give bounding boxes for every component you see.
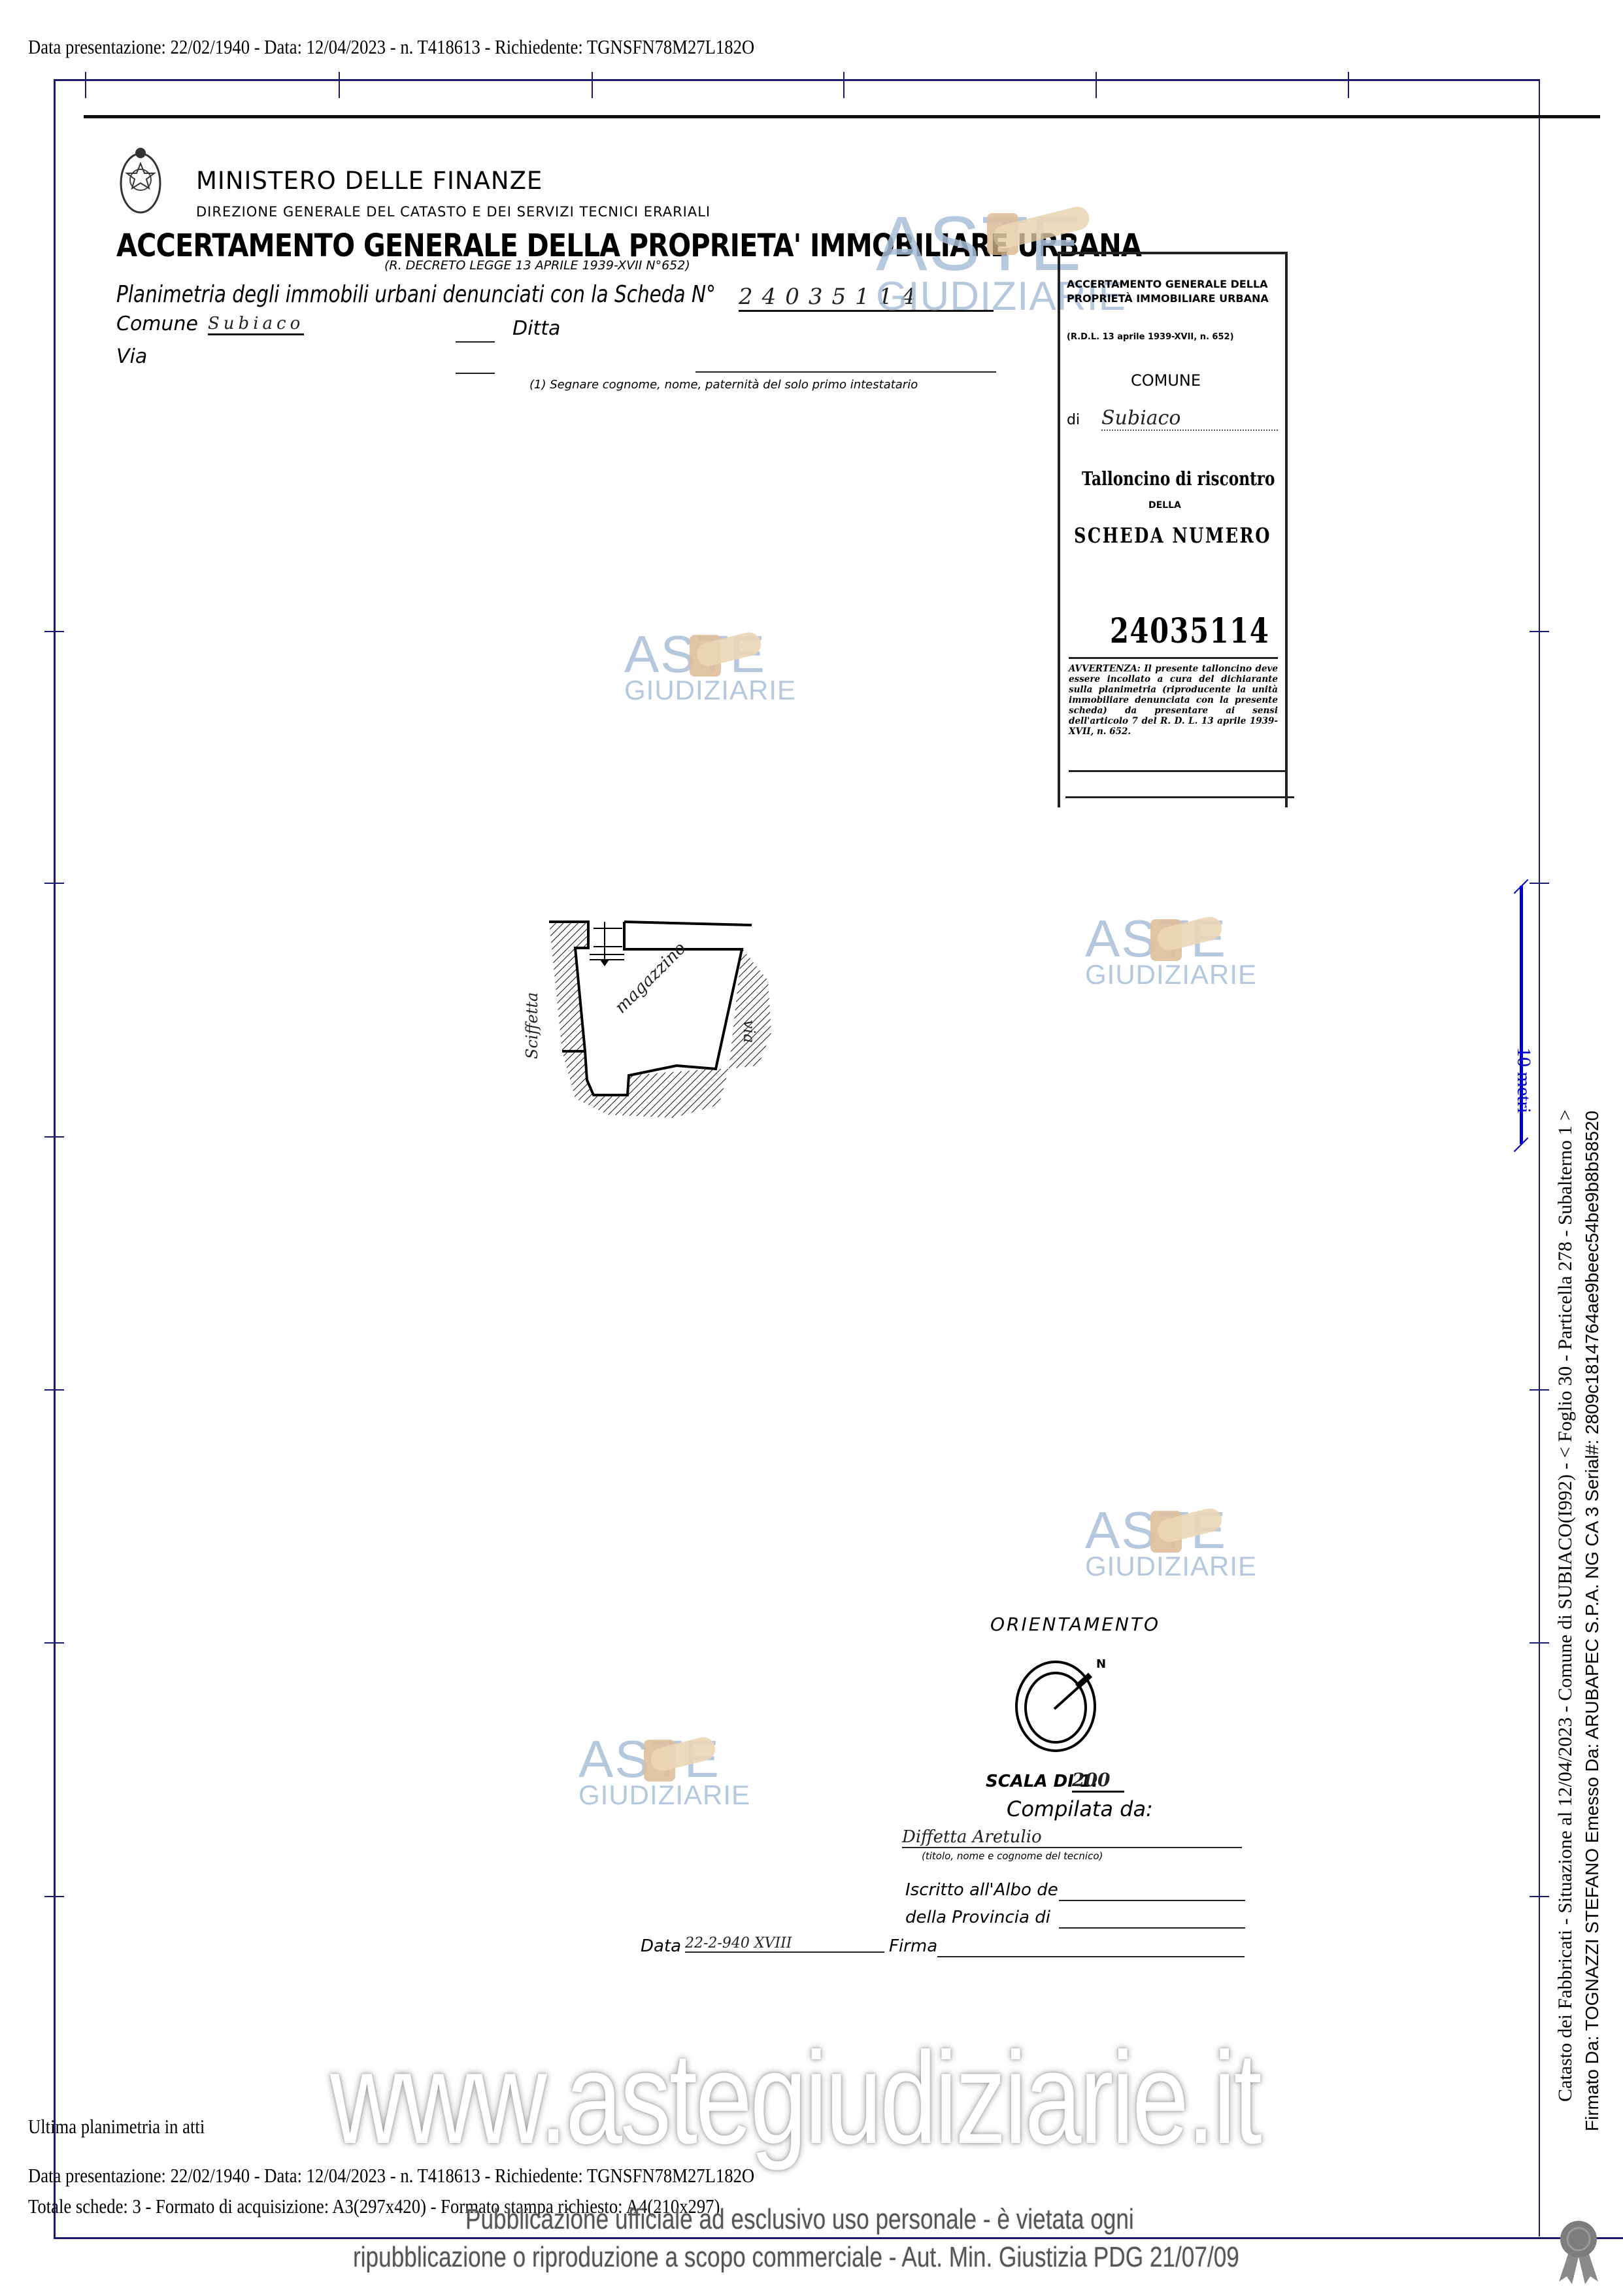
site-watermark: www.astegiudiziarie.it — [330, 2023, 1260, 2174]
frame-tick — [44, 883, 64, 884]
firma-line — [937, 1956, 1245, 1957]
scale-bar-label: 10 metri — [1513, 1047, 1535, 1113]
talloncino-della: DELLA — [1148, 500, 1181, 511]
firma-label: Firma — [889, 1936, 937, 1956]
via-label: Via — [116, 345, 147, 368]
frame-tick — [843, 72, 845, 98]
albo-label: Iscritto all'Albo de — [905, 1880, 1058, 1900]
ditta-label: Ditta — [512, 317, 560, 340]
frame-tick — [44, 1136, 64, 1138]
footer-data-line: Data presentazione: 22/02/1940 - Data: 1… — [28, 2164, 754, 2187]
orientation-label: ORIENTAMENTO — [990, 1613, 1160, 1635]
compilata-label: Compilata da: — [1007, 1797, 1153, 1821]
frame-tick — [44, 1389, 64, 1391]
field-line — [456, 373, 495, 374]
side-signature-info: Firmato Da: TOGNAZZI STEFANO Emesso Da: … — [1582, 1111, 1603, 2131]
talloncino-divider — [1069, 657, 1278, 659]
watermark-aste: ASTE GIUDIZIARIE — [1085, 915, 1257, 987]
frame-tick — [85, 72, 86, 98]
page-frame — [54, 79, 1539, 2239]
talloncino-di-label: di — [1067, 412, 1080, 428]
side-catasto-info: Catasto dei Fabbricati - Situazione al 1… — [1554, 1109, 1577, 2102]
top-header: Data presentazione: 22/02/1940 - Data: 1… — [28, 35, 754, 59]
scan-edge-line — [1065, 796, 1294, 798]
frame-tick — [1530, 1896, 1549, 1897]
frame-tick — [1530, 631, 1549, 632]
compiler-caption: (titolo, nome e cognome del tecnico) — [922, 1850, 1103, 1862]
scala-value: 200 — [1072, 1769, 1124, 1793]
ditta-line — [695, 371, 996, 373]
certification-seal-icon — [1552, 2216, 1605, 2288]
watermark-aste: ASTE GIUDIZIARIE — [624, 631, 796, 703]
footnote: (1) Segnare cognome, nome, paternità del… — [529, 378, 918, 392]
plan-left-label: Sciffetta — [523, 992, 541, 1059]
compiler-handwritten: Diffetta Aretulio — [902, 1827, 1242, 1848]
floor-plan — [510, 902, 784, 1131]
frame-tick — [1530, 1642, 1549, 1644]
decree-subtitle: (R. DECRETO LEGGE 13 APRILE 1939-XVII N°… — [384, 258, 690, 273]
watermark-aste: ASTE GIUDIZIARIE — [1085, 1507, 1257, 1579]
watermark-aste: ASTE GIUDIZIARIE — [578, 1736, 750, 1808]
frame-tick — [1096, 72, 1097, 98]
talloncino-di-handwritten: Subiaco — [1101, 407, 1278, 431]
frame-tick — [44, 1642, 64, 1644]
talloncino-number: 24035114 — [1110, 611, 1269, 651]
ministry-title: MINISTERO DELLE FINANZE — [196, 167, 543, 195]
publication-notice-2: ripubblicazione o riproduzione a scopo c… — [353, 2241, 1239, 2274]
talloncino-comune-label: COMUNE — [1131, 371, 1201, 390]
scan-edge-line — [84, 115, 1600, 118]
talloncino-avvertenza: AVVERTENZA: Il presente talloncino deve … — [1069, 664, 1278, 737]
frame-tick — [339, 72, 340, 98]
frame-bottom-line — [54, 2237, 1623, 2239]
frame-tick — [44, 1896, 64, 1897]
comune-label: Comune — [116, 312, 198, 335]
emblem-icon — [118, 144, 163, 216]
direction-title: DIREZIONE GENERALE DEL CATASTO E DEI SER… — [196, 204, 711, 220]
data-label: Data — [641, 1936, 681, 1956]
talloncino-scheda-numero: SCHEDA NUMERO — [1074, 523, 1271, 548]
talloncino-header-2: PROPRIETÀ IMMOBILIARE URBANA — [1067, 292, 1269, 305]
plan-right-label: via — [740, 1020, 758, 1043]
field-line — [456, 341, 495, 343]
compass-icon — [1013, 1654, 1098, 1752]
frame-tick — [592, 72, 593, 98]
comune-handwritten: Subiaco — [208, 314, 304, 335]
frame-tick — [1530, 1389, 1549, 1391]
data-handwritten: 22-2-940 XVIII — [685, 1935, 884, 1953]
compass-north: N — [1096, 1657, 1106, 1671]
talloncino-title: Talloncino di riscontro — [1082, 467, 1275, 490]
publication-notice-1: Pubblicazione ufficiale ad esclusivo uso… — [465, 2203, 1134, 2236]
talloncino-rdl: (R.D.L. 13 aprile 1939-XVII, n. 652) — [1067, 332, 1234, 342]
albo-line — [1059, 1900, 1245, 1901]
frame-tick — [1530, 883, 1549, 884]
frame-tick — [44, 631, 64, 632]
footer-ultima: Ultima planimetria in atti — [28, 2115, 205, 2138]
provincia-line — [1059, 1927, 1245, 1929]
talloncino-bottom — [1069, 770, 1288, 772]
talloncino-header-1: ACCERTAMENTO GENERALE DELLA — [1067, 278, 1268, 290]
provincia-label: della Provincia di — [905, 1908, 1050, 1927]
frame-right-line — [1539, 79, 1540, 2237]
planimetria-label: Planimetria degli immobili urbani denunc… — [116, 281, 716, 308]
frame-tick — [1348, 72, 1349, 98]
